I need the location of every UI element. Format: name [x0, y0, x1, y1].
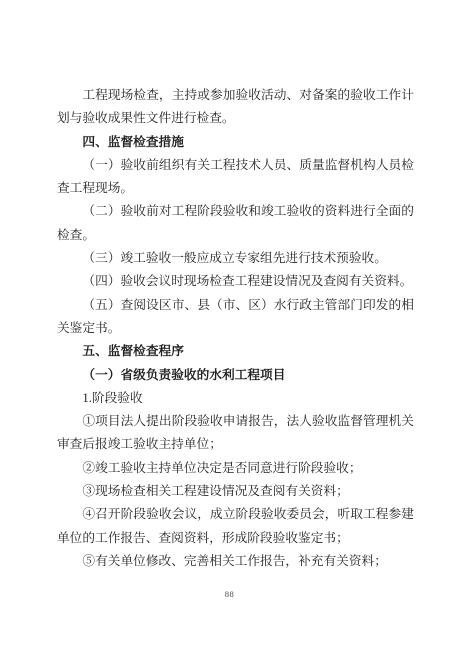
- paragraph: ④召开阶段验收会议，成立阶段验收委员会，听取工程参建单位的工作报告、查阅资料，形…: [57, 503, 414, 550]
- paragraph: 1.阶段验收: [57, 387, 414, 410]
- paragraph: ⑤有关单位修改、完善相关工作报告，补充有关资料；: [57, 550, 414, 573]
- section-heading: 四、监督检查措施: [57, 131, 414, 154]
- paragraph: （二）验收前对工程阶段验收和竣工验收的资料进行全面的检查。: [57, 200, 414, 247]
- paragraph: 工程现场检查，主持或参加验收活动、对备案的验收工作计划与验收成果性文件进行检查。: [57, 84, 414, 131]
- paragraph: （三）竣工验收一般应成立专家组先进行技术预验收。: [57, 247, 414, 270]
- paragraph: ①项目法人提出阶段验收申请报告，法人验收监督管理机关审查后报竣工验收主持单位；: [57, 410, 414, 457]
- paragraph: ③现场检查相关工程建设情况及查阅有关资料；: [57, 480, 414, 503]
- paragraph: （一）验收前组织有关工程技术人员、质量监督机构人员检查工程现场。: [57, 154, 414, 201]
- page-number: 88: [0, 589, 459, 599]
- paragraph: （四）验收会议时现场检查工程建设情况及查阅有关资料。: [57, 270, 414, 293]
- section-heading: （一）省级负责验收的水利工程项目: [57, 364, 414, 387]
- document-page: 工程现场检查，主持或参加验收活动、对备案的验收工作计划与验收成果性文件进行检查。…: [0, 0, 459, 650]
- page-body: 工程现场检查，主持或参加验收活动、对备案的验收工作计划与验收成果性文件进行检查。…: [57, 84, 414, 573]
- paragraph: （五）查阅设区市、县（市、区）水行政主管部门印发的相关鉴定书。: [57, 294, 414, 341]
- paragraph: ②竣工验收主持单位决定是否同意进行阶段验收；: [57, 457, 414, 480]
- section-heading: 五、监督检查程序: [57, 340, 414, 363]
